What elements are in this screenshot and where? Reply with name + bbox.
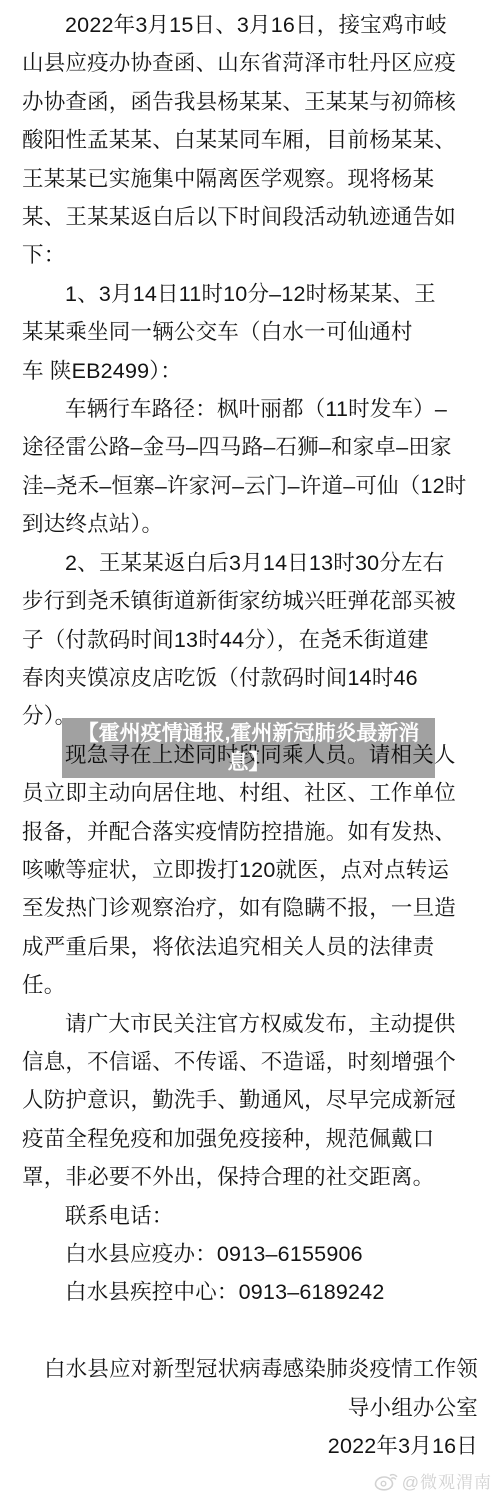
overlay-text-line: 【霍州疫情通报,霍州新冠肺炎最新消	[62, 719, 435, 748]
text-line: 至发热门诊观察治疗，如有隐瞒不报，一旦造	[22, 889, 478, 927]
text-line: 白水县应对新型冠状病毒感染肺炎疫情工作领	[22, 1350, 478, 1388]
text-line: 请广大市民关注官方权威发布，主动提供	[22, 1005, 478, 1043]
text-line: 员立即主动向居住地、村组、社区、工作单位	[22, 774, 478, 812]
text-line: 下：	[22, 236, 478, 274]
text-line: 洼–尧禾–恒寨–许家河–云门–许道–可仙（12时	[22, 467, 478, 505]
text-line: 酸阳性孟某某、白某某同车厢，目前杨某某、	[22, 121, 478, 159]
text-line: 山县应疫办协查函、山东省菏泽市牡丹区应疫	[22, 44, 478, 82]
text-line: 联系电话：	[22, 1197, 478, 1235]
text-line: 导小组办公室	[22, 1389, 478, 1427]
watermark: @微观渭南	[374, 1468, 492, 1493]
text-line: 王某某已实施集中隔离医学观察。现将杨某	[22, 160, 478, 198]
text-line: 2022年3月15日、3月16日，接宝鸡市岐	[22, 6, 478, 44]
text-line: 白水县应疫办：0913–6155906	[22, 1235, 478, 1273]
text-line: 某某乘坐同一辆公交车（白水一可仙通村	[22, 313, 478, 351]
text-line: 报备，并配合落实疫情防控措施。如有发热、	[22, 813, 478, 851]
text-line: 某、王某某返白后以下时间段活动轨迹通告如	[22, 198, 478, 236]
text-line: 1、3月14日11时10分–12时杨某某、王	[22, 275, 478, 313]
overlay-text-line: 息】	[62, 748, 435, 777]
weibo-icon	[374, 1471, 399, 1491]
text-line: 途径雷公路–金马–四马路–石狮–和家卓–田家	[22, 428, 478, 466]
text-line: 2、王某某返白后3月14日13时30分左右	[22, 544, 478, 582]
text-line: 步行到尧禾镇街道新街家纺城兴旺弹花部买被	[22, 582, 478, 620]
text-line: 到达终点站）。	[22, 505, 478, 543]
text-line: 信息，不信谣、不传谣、不造谣，时刻增强个	[22, 1043, 478, 1081]
title-watermark-overlay: 【霍州疫情通报,霍州新冠肺炎最新消 息】	[62, 718, 435, 778]
text-line: 任。	[22, 966, 478, 1004]
text-line: 咳嗽等症状，立即拨打120就医，点对点转运	[22, 851, 478, 889]
text-line: 办协查函，函告我县杨某某、王某某与初筛核	[22, 83, 478, 121]
text-line: 疫苗全程免疫和加强免疫接种，规范佩戴口	[22, 1120, 478, 1158]
text-line: 车辆行车路径：枫叶丽都（11时发车）–	[22, 390, 478, 428]
watermark-handle: @微观渭南	[402, 1468, 492, 1493]
text-line: 车 陕EB2499）：	[22, 352, 478, 390]
text-line: 2022年3月16日	[22, 1427, 478, 1465]
text-line: 成严重后果，将依法追究相关人员的法律责	[22, 928, 478, 966]
text-line	[22, 1312, 478, 1350]
text-line: 春肉夹馍凉皮店吃饭（付款码时间14时46	[22, 659, 478, 697]
text-line: 人防护意识，勤洗手、勤通风，尽早完成新冠	[22, 1081, 478, 1119]
text-line: 子（付款码时间13时44分），在尧禾街道建	[22, 621, 478, 659]
text-line: 罩，非必要不外出，保持合理的社交距离。	[22, 1158, 478, 1196]
text-line: 白水县疾控中心：0913–6189242	[22, 1273, 478, 1311]
notice-page: 2022年3月15日、3月16日，接宝鸡市岐山县应疫办协查函、山东省菏泽市牡丹区…	[0, 0, 500, 1498]
